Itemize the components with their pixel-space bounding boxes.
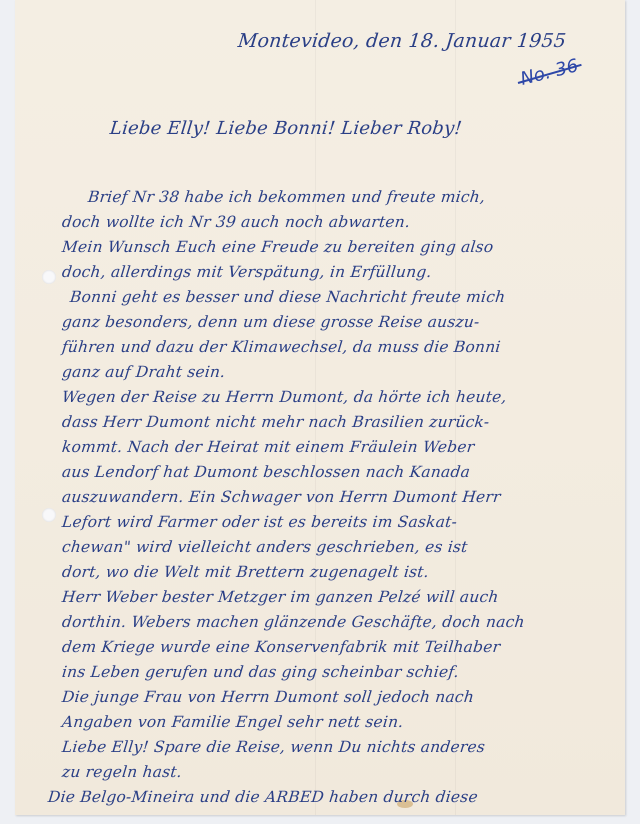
- punch-hole: [42, 270, 56, 284]
- letter-line: dorthin. Webers machen glänzende Geschäf…: [61, 613, 526, 631]
- letter-line: Wegen der Reise zu Herrn Dumont, da hört…: [61, 388, 508, 406]
- place-date: Montevideo, den 18. Januar 1955: [237, 30, 567, 52]
- letter-line: Die Belgo-Mineira und die ARBED haben du…: [47, 788, 479, 806]
- letter-line: ganz auf Draht sein.: [61, 363, 226, 381]
- letter-line: dort, wo die Welt mit Brettern zugenagel…: [61, 563, 430, 581]
- salutation: Liebe Elly! Liebe Bonni! Lieber Roby!: [109, 118, 463, 139]
- letter-line: Brief Nr 38 habe ich bekommen und freute…: [87, 188, 486, 206]
- letter-line: kommt. Nach der Heirat mit einem Fräulei…: [61, 438, 475, 456]
- letter-line: Bonni geht es besser und diese Nachricht…: [69, 288, 506, 306]
- letter-line: Liebe Elly! Spare die Reise, wenn Du nic…: [61, 738, 486, 756]
- letter-line: doch, allerdings mit Verspätung, in Erfü…: [61, 263, 433, 281]
- letter-line: Angaben von Familie Engel sehr nett sein…: [61, 713, 404, 731]
- letter-line: zu regeln hast.: [61, 763, 183, 781]
- letter-line: Mein Wunsch Euch eine Freude zu bereiten…: [61, 238, 494, 256]
- punch-hole: [42, 508, 56, 522]
- letter-line: dass Herr Dumont nicht mehr nach Brasili…: [61, 413, 490, 431]
- letter-line: doch wollte ich Nr 39 auch noch abwarten…: [61, 213, 411, 231]
- letter-line: Die junge Frau von Herrn Dumont soll jed…: [61, 688, 475, 706]
- letter-line: auszuwandern. Ein Schwager von Herrn Dum…: [61, 488, 502, 506]
- letter-line: dem Kriege wurde eine Konservenfabrik mi…: [61, 638, 501, 656]
- letter-line: chewan" wird vielleicht anders geschrieb…: [61, 538, 469, 556]
- letter-line: führen und dazu der Klimawechsel, da mus…: [61, 338, 501, 356]
- letter-line: Lefort wird Farmer oder ist es bereits i…: [61, 513, 458, 531]
- letter-line: ins Leben gerufen und das ging scheinbar…: [61, 663, 460, 681]
- letter-line: ganz besonders, denn um diese grosse Rei…: [61, 313, 480, 331]
- letter-line: aus Lendorf hat Dumont beschlossen nach …: [61, 463, 471, 481]
- letter-line: Herr Weber bester Metzger im ganzen Pelz…: [61, 588, 500, 606]
